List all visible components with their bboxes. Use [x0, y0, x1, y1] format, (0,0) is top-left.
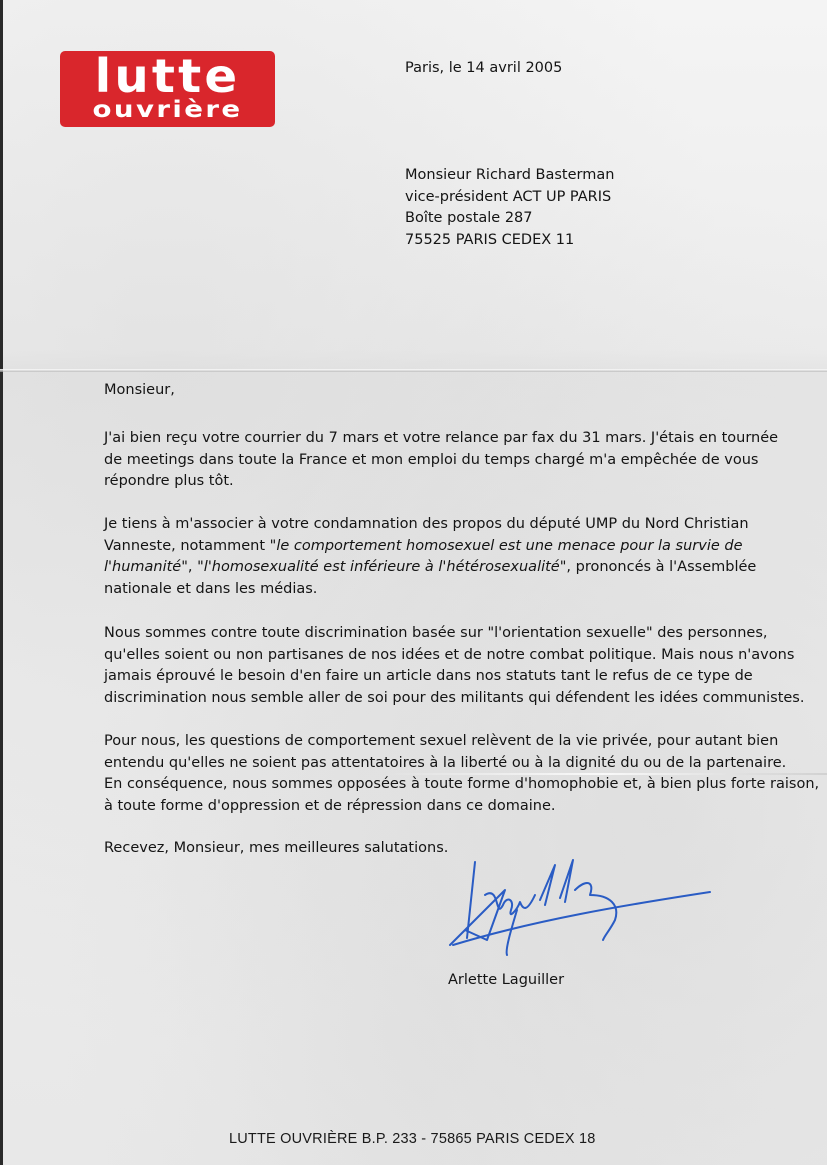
quote-text: "le comportement homosexuel est une mena… [270, 538, 743, 554]
recipient-name: Monsieur Richard Basterman [405, 165, 614, 187]
logo-line-2: ouvrière [39, 98, 297, 122]
logo-line-1: lutte [55, 51, 281, 101]
paragraph-line: à toute forme d'oppression et de répress… [104, 796, 819, 818]
handwritten-signature [445, 850, 725, 960]
paragraph-1: J'ai bien reçu votre courrier du 7 mars … [104, 428, 778, 493]
lutte-ouvriere-logo: lutte ouvrière [60, 51, 275, 127]
quote-text: "l'homosexualité est inférieure à l'hété… [197, 559, 566, 575]
paper-fold [0, 369, 827, 372]
paragraph-line: Je tiens à m'associer à votre condamnati… [104, 514, 756, 536]
paragraph-line: l'humanité", "l'homosexualité est inféri… [104, 557, 756, 579]
paragraph-line: J'ai bien reçu votre courrier du 7 mars … [104, 428, 778, 450]
recipient-address: Monsieur Richard Basterman vice-présiden… [405, 165, 614, 251]
letter-date: Paris, le 14 avril 2005 [405, 58, 562, 80]
paragraph-line: répondre plus tôt. [104, 471, 778, 493]
separator-text: , [188, 559, 197, 575]
footer-address: LUTTE OUVRIÈRE B.P. 233 - 75865 PARIS CE… [229, 1131, 595, 1147]
signatory-name: Arlette Laguiller [448, 970, 564, 992]
closing-line: Recevez, Monsieur, mes meilleures saluta… [104, 838, 448, 860]
paragraph-3: Nous sommes contre toute discrimination … [104, 623, 804, 709]
plain-text: Vanneste, notamment [104, 538, 270, 554]
scan-edge [0, 0, 3, 1165]
paragraph-line: qu'elles soient ou non partisanes de nos… [104, 645, 804, 667]
paragraph-line: En conséquence, nous sommes opposées à t… [104, 774, 819, 796]
quote-text: l'humanité" [104, 559, 188, 575]
plain-text: , prononcés à l'Assemblée [566, 559, 756, 575]
paragraph-line: Pour nous, les questions de comportement… [104, 731, 819, 753]
salutation: Monsieur, [104, 380, 175, 402]
recipient-title: vice-président ACT UP PARIS [405, 187, 614, 209]
paragraph-line: Nous sommes contre toute discrimination … [104, 623, 804, 645]
recipient-po-box: Boîte postale 287 [405, 208, 614, 230]
paragraph-2: Je tiens à m'associer à votre condamnati… [104, 514, 756, 600]
paragraph-4: Pour nous, les questions de comportement… [104, 731, 819, 817]
paragraph-line: entendu qu'elles ne soient pas attentato… [104, 753, 819, 775]
paragraph-line: Vanneste, notamment "le comportement hom… [104, 536, 756, 558]
paragraph-line: de meetings dans toute la France et mon … [104, 450, 778, 472]
paragraph-line: jamais éprouvé le besoin d'en faire un a… [104, 666, 804, 688]
recipient-city: 75525 PARIS CEDEX 11 [405, 230, 614, 252]
paragraph-line: discrimination nous semble aller de soi … [104, 688, 804, 710]
paragraph-line: nationale et dans les médias. [104, 579, 756, 601]
